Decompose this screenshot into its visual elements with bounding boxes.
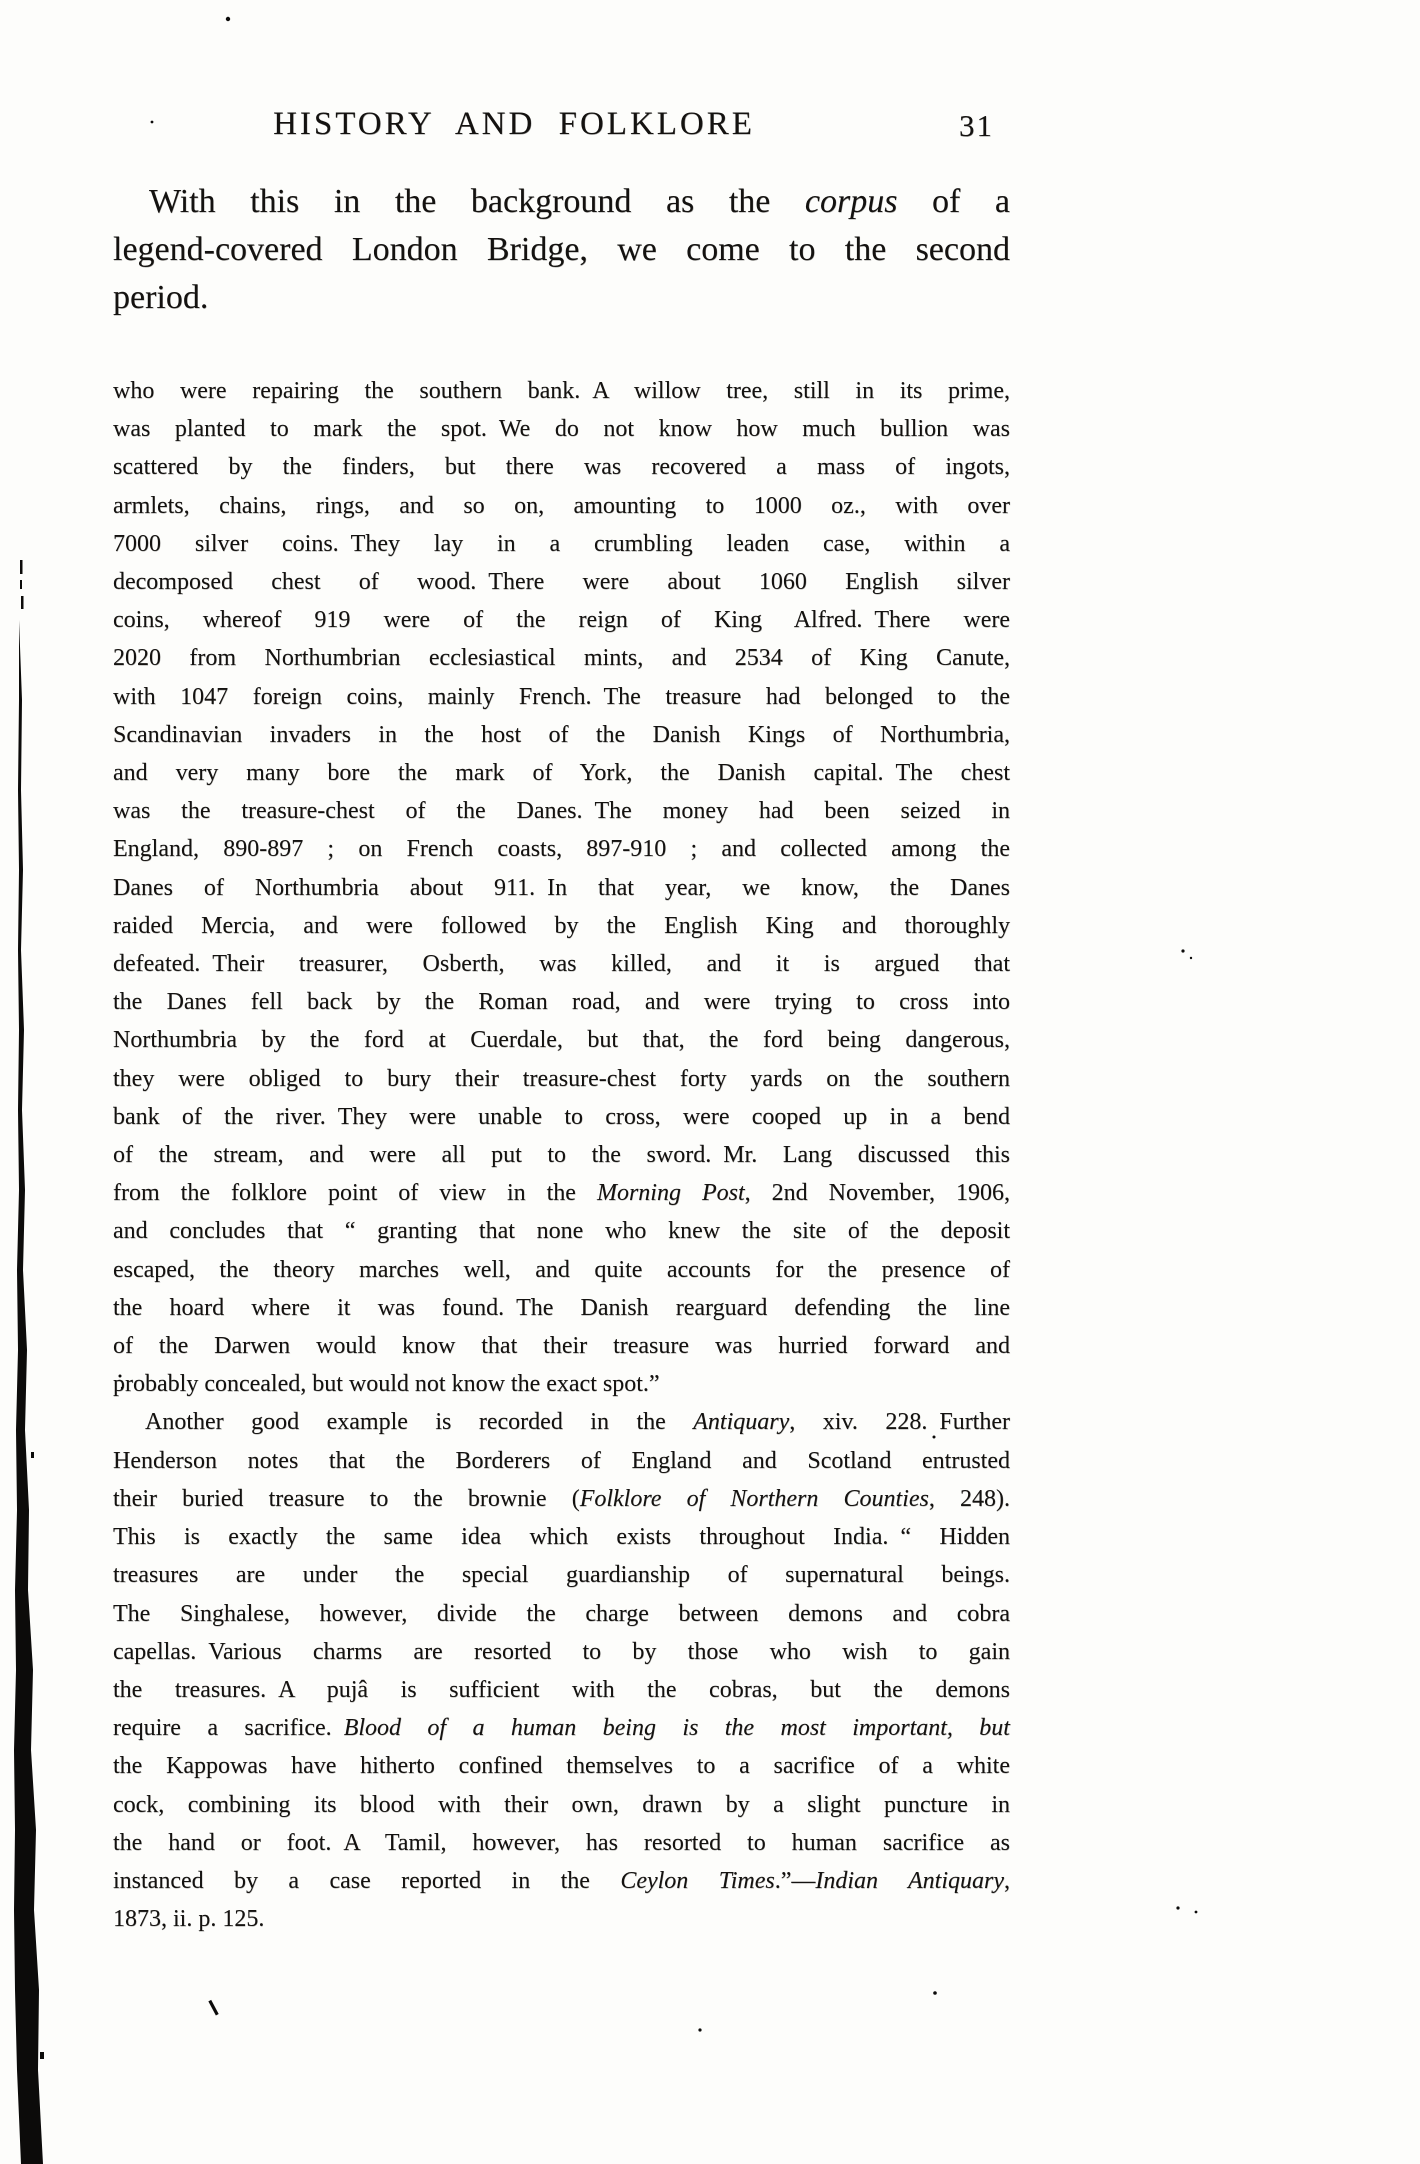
- body-line: who were repairing the southern bank. A …: [113, 372, 1010, 410]
- body-line: This is exactly the same idea which exis…: [113, 1518, 1010, 1556]
- page-title: HISTORY AND FOLKLORE: [113, 106, 915, 143]
- scanned-book-page: HISTORY AND FOLKLORE 31 With this in the…: [0, 0, 1420, 2164]
- running-head: HISTORY AND FOLKLORE 31: [113, 106, 1010, 146]
- body-line: Northumbria by the ford at Cuerdale, but…: [113, 1021, 1010, 1059]
- intro-line: With this in the background as the corpu…: [113, 178, 1010, 226]
- body-line: escaped, the theory marches well, and qu…: [113, 1251, 1010, 1289]
- body-line: 7000 silver coins. They lay in a crumbli…: [113, 525, 1010, 563]
- intro-line: legend-covered London Bridge, we come to…: [113, 226, 1010, 274]
- page-number: 31: [959, 108, 994, 144]
- body-line: 2020 from Northumbrian ecclesiastical mi…: [113, 639, 1010, 677]
- body-line: with 1047 foreign coins, mainly French. …: [113, 678, 1010, 716]
- body-line: coins, whereof 919 were of the reign of …: [113, 601, 1010, 639]
- body-line: decomposed chest of wood. There were abo…: [113, 563, 1010, 601]
- body-line: require a sacrifice. Blood of a human be…: [113, 1709, 1010, 1747]
- body-line: their buried treasure to the brownie (Fo…: [113, 1480, 1010, 1518]
- body-line: Another good example is recorded in the …: [113, 1403, 1010, 1441]
- body-line: Danes of Northumbria about 911. In that …: [113, 869, 1010, 907]
- body-line: bank of the river. They were unable to c…: [113, 1098, 1010, 1136]
- body-line: was planted to mark the spot. We do not …: [113, 410, 1010, 448]
- body-line: capellas. Various charms are resorted to…: [113, 1633, 1010, 1671]
- body-line: they were obliged to bury their treasure…: [113, 1060, 1010, 1098]
- body-line: of the Darwen would know that their trea…: [113, 1327, 1010, 1365]
- body-line: and very many bore the mark of York, the…: [113, 754, 1010, 792]
- intro-paragraph: With this in the background as the corpu…: [113, 178, 1010, 322]
- body-line: was the treasure-chest of the Danes. The…: [113, 792, 1010, 830]
- body-line: the treasures. A pujâ is sufficient with…: [113, 1671, 1010, 1709]
- body-line: from the folklore point of view in the M…: [113, 1174, 1010, 1212]
- body-line: 1873, ii. p. 125.: [113, 1900, 1010, 1938]
- body-line: the Danes fell back by the Roman road, a…: [113, 983, 1010, 1021]
- body-paragraphs: who were repairing the southern bank. A …: [113, 372, 1010, 1938]
- body-line: defeated. Their treasurer, Osberth, was …: [113, 945, 1010, 983]
- body-line: England, 890-897 ; on French coasts, 897…: [113, 830, 1010, 868]
- body-line: the Kappowas have hitherto confined them…: [113, 1747, 1010, 1785]
- body-line: instanced by a case reported in the Ceyl…: [113, 1862, 1010, 1900]
- body-line: probably concealed, but would not know t…: [113, 1365, 1010, 1403]
- body-line: cock, combining its blood with their own…: [113, 1786, 1010, 1824]
- body-line: the hoard where it was found. The Danish…: [113, 1289, 1010, 1327]
- body-line: Scandinavian invaders in the host of the…: [113, 716, 1010, 754]
- body-line: Henderson notes that the Borderers of En…: [113, 1442, 1010, 1480]
- paragraph: Another good example is recorded in the …: [113, 1403, 1010, 1938]
- body-line: of the stream, and were all put to the s…: [113, 1136, 1010, 1174]
- body-line: and concludes that “ granting that none …: [113, 1212, 1010, 1250]
- body-line: scattered by the finders, but there was …: [113, 448, 1010, 486]
- paragraph: who were repairing the southern bank. A …: [113, 372, 1010, 1403]
- body-line: raided Mercia, and were followed by the …: [113, 907, 1010, 945]
- body-line: treasures are under the special guardian…: [113, 1556, 1010, 1594]
- body-line: The Singhalese, however, divide the char…: [113, 1595, 1010, 1633]
- body-line: armlets, chains, rings, and so on, amoun…: [113, 487, 1010, 525]
- body-line: the hand or foot. A Tamil, however, has …: [113, 1824, 1010, 1862]
- intro-line: period.: [113, 274, 1010, 322]
